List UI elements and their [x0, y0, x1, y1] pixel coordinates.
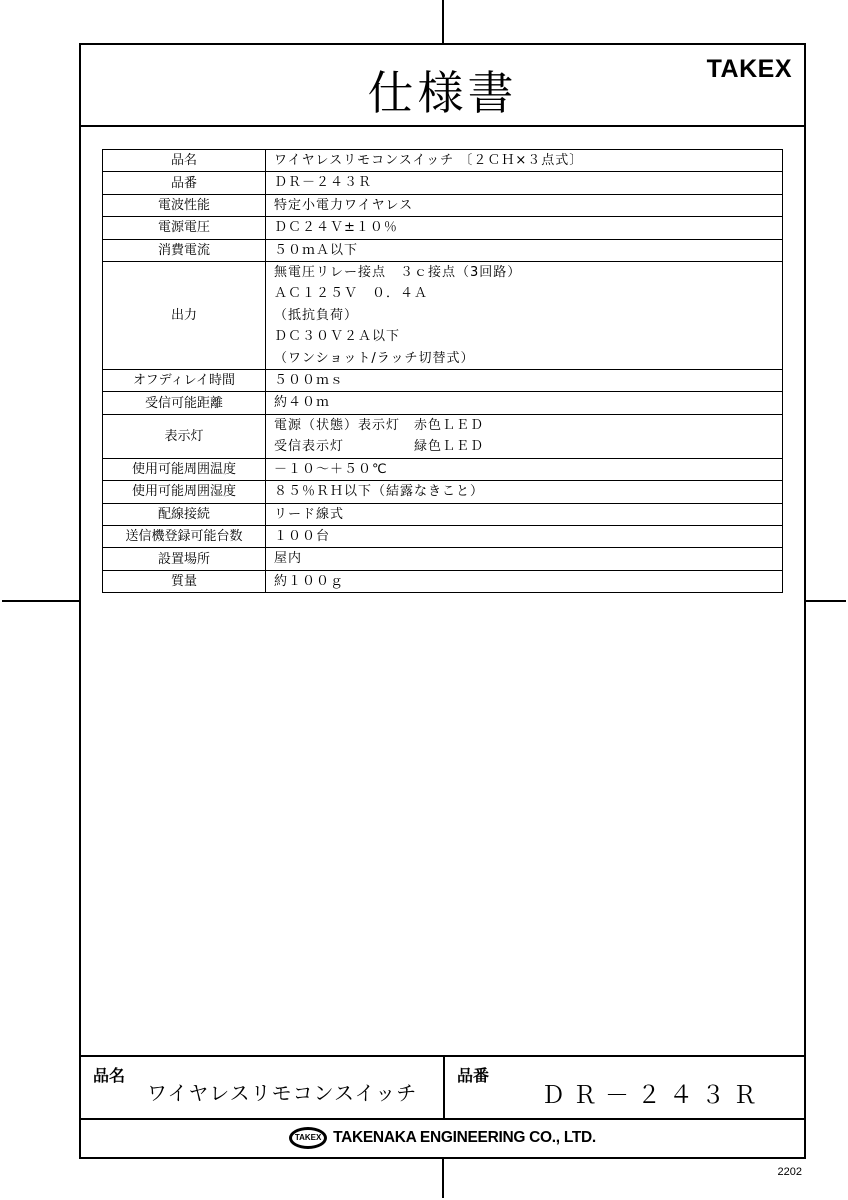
crop-mark-bottom [442, 1159, 444, 1198]
product-number-label: 品番 [457, 1063, 489, 1086]
title-block-row: 品名 ワイヤレスリモコンスイッチ 品番 ＤＲ－２４３Ｒ [81, 1057, 804, 1120]
spec-value-line: 屋内 [274, 548, 774, 569]
spec-value: 電源（状態）表示灯 赤色ＬＥＤ受信表示灯 緑色ＬＥＤ [266, 414, 783, 458]
table-row: 受信可能距離約４０ｍ [103, 392, 783, 414]
spec-label: 設置場所 [103, 548, 266, 570]
spec-label: 送信機登録可能台数 [103, 525, 266, 547]
spec-value: 無電圧リレー接点 ３ｃ接点（3回路）ＡＣ１２５Ｖ ０．４Ａ（抵抗負荷）ＤＣ３０Ｖ… [266, 262, 783, 370]
spec-label: 消費電流 [103, 239, 266, 261]
page-title: 仕様書 [81, 57, 804, 123]
title-block: 品名 ワイヤレスリモコンスイッチ 品番 ＤＲ－２４３Ｒ TAKEX TAKENA… [81, 1055, 804, 1157]
product-number-value: ＤＲ－２４３Ｒ [541, 1075, 765, 1110]
product-name-cell: 品名 ワイヤレスリモコンスイッチ [81, 1057, 445, 1118]
spec-value-line: 約４０ｍ [274, 392, 774, 413]
spec-value: ５０ｍＡ以下 [266, 239, 783, 261]
spec-value: 特定小電力ワイヤレス [266, 194, 783, 216]
table-row: 表示灯電源（状態）表示灯 赤色ＬＥＤ受信表示灯 緑色ＬＥＤ [103, 414, 783, 458]
spec-value-line: （抵抗負荷） [274, 305, 774, 326]
table-row: 設置場所屋内 [103, 548, 783, 570]
spec-value: ８５％ＲＨ以下（結露なきこと） [266, 481, 783, 503]
spec-value-line: ワイヤレスリモコンスイッチ 〔２ＣＨ×３点式〕 [274, 150, 774, 171]
spec-table: 品名ワイヤレスリモコンスイッチ 〔２ＣＨ×３点式〕品番ＤＲ－２４３Ｒ電波性能特定… [102, 149, 783, 593]
crop-mark-right [806, 600, 846, 602]
spec-label: 受信可能距離 [103, 392, 266, 414]
spec-value: ＤＲ－２４３Ｒ [266, 172, 783, 194]
spec-label: 使用可能周囲湿度 [103, 481, 266, 503]
document-header: 仕様書 TAKEX [81, 45, 804, 127]
spec-value-line: （ワンショット/ラッチ切替式） [274, 348, 774, 369]
spec-label: 出力 [103, 262, 266, 370]
spec-value: ＤＣ２４Ｖ±１０％ [266, 217, 783, 239]
spec-label: 品名 [103, 150, 266, 172]
spec-value-line: ８５％ＲＨ以下（結露なきこと） [274, 481, 774, 502]
spec-value-line: １００台 [274, 526, 774, 547]
spec-value-line: ＤＣ３０Ｖ２Ａ以下 [274, 326, 774, 347]
spec-value-line: 特定小電力ワイヤレス [274, 195, 774, 216]
table-row: 配線接続リード線式 [103, 503, 783, 525]
spec-value-line: リード線式 [274, 504, 774, 525]
spec-value-line: ５０ｍＡ以下 [274, 240, 774, 261]
spec-value: リード線式 [266, 503, 783, 525]
table-row: 品名ワイヤレスリモコンスイッチ 〔２ＣＨ×３点式〕 [103, 150, 783, 172]
table-row: 送信機登録可能台数１００台 [103, 525, 783, 547]
spec-label: 表示灯 [103, 414, 266, 458]
spec-label: 電波性能 [103, 194, 266, 216]
crop-mark-left [2, 600, 79, 602]
company-name: TAKENAKA ENGINEERING CO., LTD. [333, 1129, 596, 1147]
spec-label: 使用可能周囲温度 [103, 458, 266, 480]
spec-value-line: ＡＣ１２５Ｖ ０．４Ａ [274, 283, 774, 304]
spec-value-line: ５００ｍｓ [274, 370, 774, 391]
table-row: 使用可能周囲湿度８５％ＲＨ以下（結露なきこと） [103, 481, 783, 503]
spec-label: 配線接続 [103, 503, 266, 525]
spec-label: オフディレイ時間 [103, 370, 266, 392]
spec-value-line: 無電圧リレー接点 ３ｃ接点（3回路） [274, 262, 774, 283]
spec-value-line: ＤＣ２４Ｖ±１０％ [274, 217, 774, 238]
table-row: 使用可能周囲温度－１０～＋５０℃ [103, 458, 783, 480]
spec-value: ５００ｍｓ [266, 370, 783, 392]
company-row: TAKEX TAKENAKA ENGINEERING CO., LTD. [81, 1120, 804, 1155]
spec-value-line: 受信表示灯 緑色ＬＥＤ [274, 436, 774, 457]
table-row: 質量約１００ｇ [103, 570, 783, 592]
document-frame: 仕様書 TAKEX 品名ワイヤレスリモコンスイッチ 〔２ＣＨ×３点式〕品番ＤＲ－… [79, 43, 806, 1159]
spec-value-line: 電源（状態）表示灯 赤色ＬＥＤ [274, 415, 774, 436]
brand-logo: TAKEX [707, 55, 792, 84]
table-row: 電波性能特定小電力ワイヤレス [103, 194, 783, 216]
spec-value: ワイヤレスリモコンスイッチ 〔２ＣＨ×３点式〕 [266, 150, 783, 172]
spec-value-line: －１０～＋５０℃ [274, 459, 774, 480]
takex-logo-icon: TAKEX [289, 1127, 327, 1149]
document-number: 2202 [778, 1166, 802, 1178]
product-number-cell: 品番 ＤＲ－２４３Ｒ [445, 1057, 804, 1118]
table-row: 出力無電圧リレー接点 ３ｃ接点（3回路）ＡＣ１２５Ｖ ０．４Ａ（抵抗負荷）ＤＣ３… [103, 262, 783, 370]
spec-label: 品番 [103, 172, 266, 194]
table-row: 電源電圧ＤＣ２４Ｖ±１０％ [103, 217, 783, 239]
spec-value: １００台 [266, 525, 783, 547]
spec-value: 約４０ｍ [266, 392, 783, 414]
spec-value: 約１００ｇ [266, 570, 783, 592]
crop-mark-top [442, 0, 444, 43]
spec-value-line: ＤＲ－２４３Ｒ [274, 172, 774, 193]
spec-value: 屋内 [266, 548, 783, 570]
spec-value-line: 約１００ｇ [274, 571, 774, 592]
spec-value: －１０～＋５０℃ [266, 458, 783, 480]
product-name-label: 品名 [93, 1063, 125, 1086]
spec-label: 質量 [103, 570, 266, 592]
table-row: オフディレイ時間５００ｍｓ [103, 370, 783, 392]
spec-label: 電源電圧 [103, 217, 266, 239]
product-name-value: ワイヤレスリモコンスイッチ [147, 1077, 417, 1106]
table-row: 品番ＤＲ－２４３Ｒ [103, 172, 783, 194]
table-row: 消費電流５０ｍＡ以下 [103, 239, 783, 261]
